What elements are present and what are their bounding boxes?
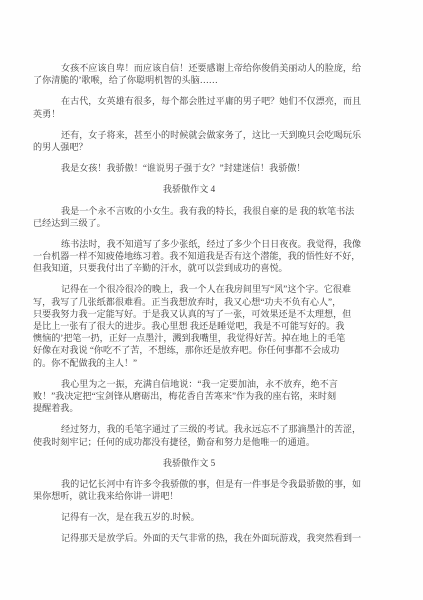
text-line: 败！”我决定把“宝剑锋从磨砺出，梅花香自苦寒来”作为我的座右铭，来时刻 <box>33 390 371 402</box>
text-line: 还有，女子将来，甚至小的时候就会做家务了，这比一天到晚只会吃喝玩乐 <box>33 129 371 141</box>
text-line: 写，我写了几张纸都很难看。正当我想放弃时，我又心想“功夫不负有心人”， <box>33 296 371 308</box>
essay-paragraph: 女孩不应该自卑！而应该自信！还要感谢上帝给你俊俏美丽动人的脸庞，给了你清脆的’歌… <box>33 62 371 86</box>
essay-paragraph: 记得有一次，是在我五岁的.时候。 <box>33 511 371 523</box>
text-line: 果你想听，就让我来给你讲一讲吧！ <box>33 490 371 502</box>
text-line: 我是一个永不言败的小女生。我有我的特长，我很自豪的是 我的软笔书法 <box>33 205 371 217</box>
text-line: 的。你不配做我的主人！” <box>33 357 371 369</box>
text-line: 但我知道，只要我付出了辛勤的汗水，就可以尝到成功的喜悦。 <box>33 262 371 274</box>
essay-paragraph: 记得那天是放学后。外面的天气非常的热，我在外面玩游戏，我突然看到一 <box>33 532 371 544</box>
essay-paragraph: 练书法时，我不知道写了多少张纸，经过了多少个日日夜夜。我觉得，我像一台机器一样不… <box>33 238 371 275</box>
essay-paragraph: 还有，女子将来，甚至小的时候就会做家务了，这比一天到晚只会吃喝玩乐的男人强吧？ <box>33 129 371 153</box>
essay-paragraph: 我是女孩！我骄傲！“谁说男子强于女？”封建迷信！我骄傲！ <box>33 162 371 174</box>
essay-paragraph: 在古代，女英雄有很多，每个都会胜过平庸的男子吧？她们不仅漂亮，而且英勇！ <box>33 95 371 119</box>
text-line: 一台机器一样不知疲倦地练习着。我不知道我是否有这个潜能，我的悟性好不好， <box>33 250 371 262</box>
text-line: 在古代，女英雄有很多，每个都会胜过平庸的男子吧？她们不仅漂亮，而且 <box>33 95 371 107</box>
text-line: 我心里为之一振，充满自信地说：“我一定要加油，永不放弃，绝不言 <box>33 378 371 390</box>
text-line: 经过努力，我的毛笔字通过了三级的考试。我永远忘不了那滴墨汁的苦涩， <box>33 423 371 435</box>
text-line: 使我时刻牢记；任何的成功都没有捷径，勤奋和努力是他唯一的通道。 <box>33 436 371 448</box>
essay-paragraph: 我是一个永不言败的小女生。我有我的特长，我很自豪的是 我的软笔书法已经达到三级了… <box>33 205 371 229</box>
essay-section-heading: 我骄傲作文 4 <box>33 183 371 195</box>
text-line: 记得那天是放学后。外面的天气非常的热，我在外面玩游戏，我突然看到一 <box>33 532 371 544</box>
essay-heading-text: 我骄傲作文 5 <box>33 457 345 469</box>
text-line: 女孩不应该自卑！而应该自信！还要感谢上帝给你俊俏美丽动人的脸庞，给 <box>33 62 371 74</box>
text-line: 练书法时，我不知道写了多少张纸，经过了多少个日日夜夜。我觉得，我像 <box>33 238 371 250</box>
essay-paragraph: 记得在一个很冷很冷的晚上，我一个人在我房间里写“风”这个字。它很难写，我写了几张… <box>33 283 371 368</box>
text-line: 记得有一次，是在我五岁的.时候。 <box>33 511 371 523</box>
text-line: 已经达到三级了。 <box>33 217 371 229</box>
text-line: 提醒着我。 <box>33 402 371 414</box>
document-page: 女孩不应该自卑！而应该自信！还要感谢上帝给你俊俏美丽动人的脸庞，给了你清脆的’歌… <box>0 0 423 600</box>
text-line: 是比上一张有了很大的进步。我心里想 我还是睡觉吧，我是不可能写好的。我 <box>33 320 371 332</box>
text-line: 我的记忆长河中有许多令我骄傲的事，但是有一件事是令我最骄傲的事，如 <box>33 478 371 490</box>
text-line: 我是女孩！我骄傲！“谁说男子强于女？”封建迷信！我骄傲！ <box>33 162 371 174</box>
essay-paragraph: 我的记忆长河中有许多令我骄傲的事，但是有一件事是令我最骄傲的事，如果你想听，就让… <box>33 478 371 502</box>
essay-heading-text: 我骄傲作文 4 <box>33 183 345 195</box>
essay-section-heading: 我骄傲作文 5 <box>33 457 371 469</box>
text-line: 懊恼的’把笔一扔，正好一点墨汁，溅到我嘴里，我觉得好苦。掉在地上的毛笔 <box>33 332 371 344</box>
text-line: 记得在一个很冷很冷的晚上，我一个人在我房间里写“风”这个字。它很难 <box>33 283 371 295</box>
text-line: 好像在对我说 “你吃不了苦，不想练，那你还是放弃吧。你任何事都不会成功 <box>33 344 371 356</box>
text-line: 的男人强吧？ <box>33 141 371 153</box>
text-line: 只要我努力我一定能写好。于是我又认真的写了一张，可效果还是不太理想，但 <box>33 308 371 320</box>
essay-paragraph: 经过努力，我的毛笔字通过了三级的考试。我永远忘不了那滴墨汁的苦涩，使我时刻牢记；… <box>33 423 371 447</box>
text-line: 英勇！ <box>33 108 371 120</box>
text-line: 了你清脆的’歌喉，给了你聪明机智的头脑…… <box>33 74 371 86</box>
essay-paragraph: 我心里为之一振，充满自信地说：“我一定要加油，永不放弃，绝不言败！”我决定把“宝… <box>33 378 371 415</box>
